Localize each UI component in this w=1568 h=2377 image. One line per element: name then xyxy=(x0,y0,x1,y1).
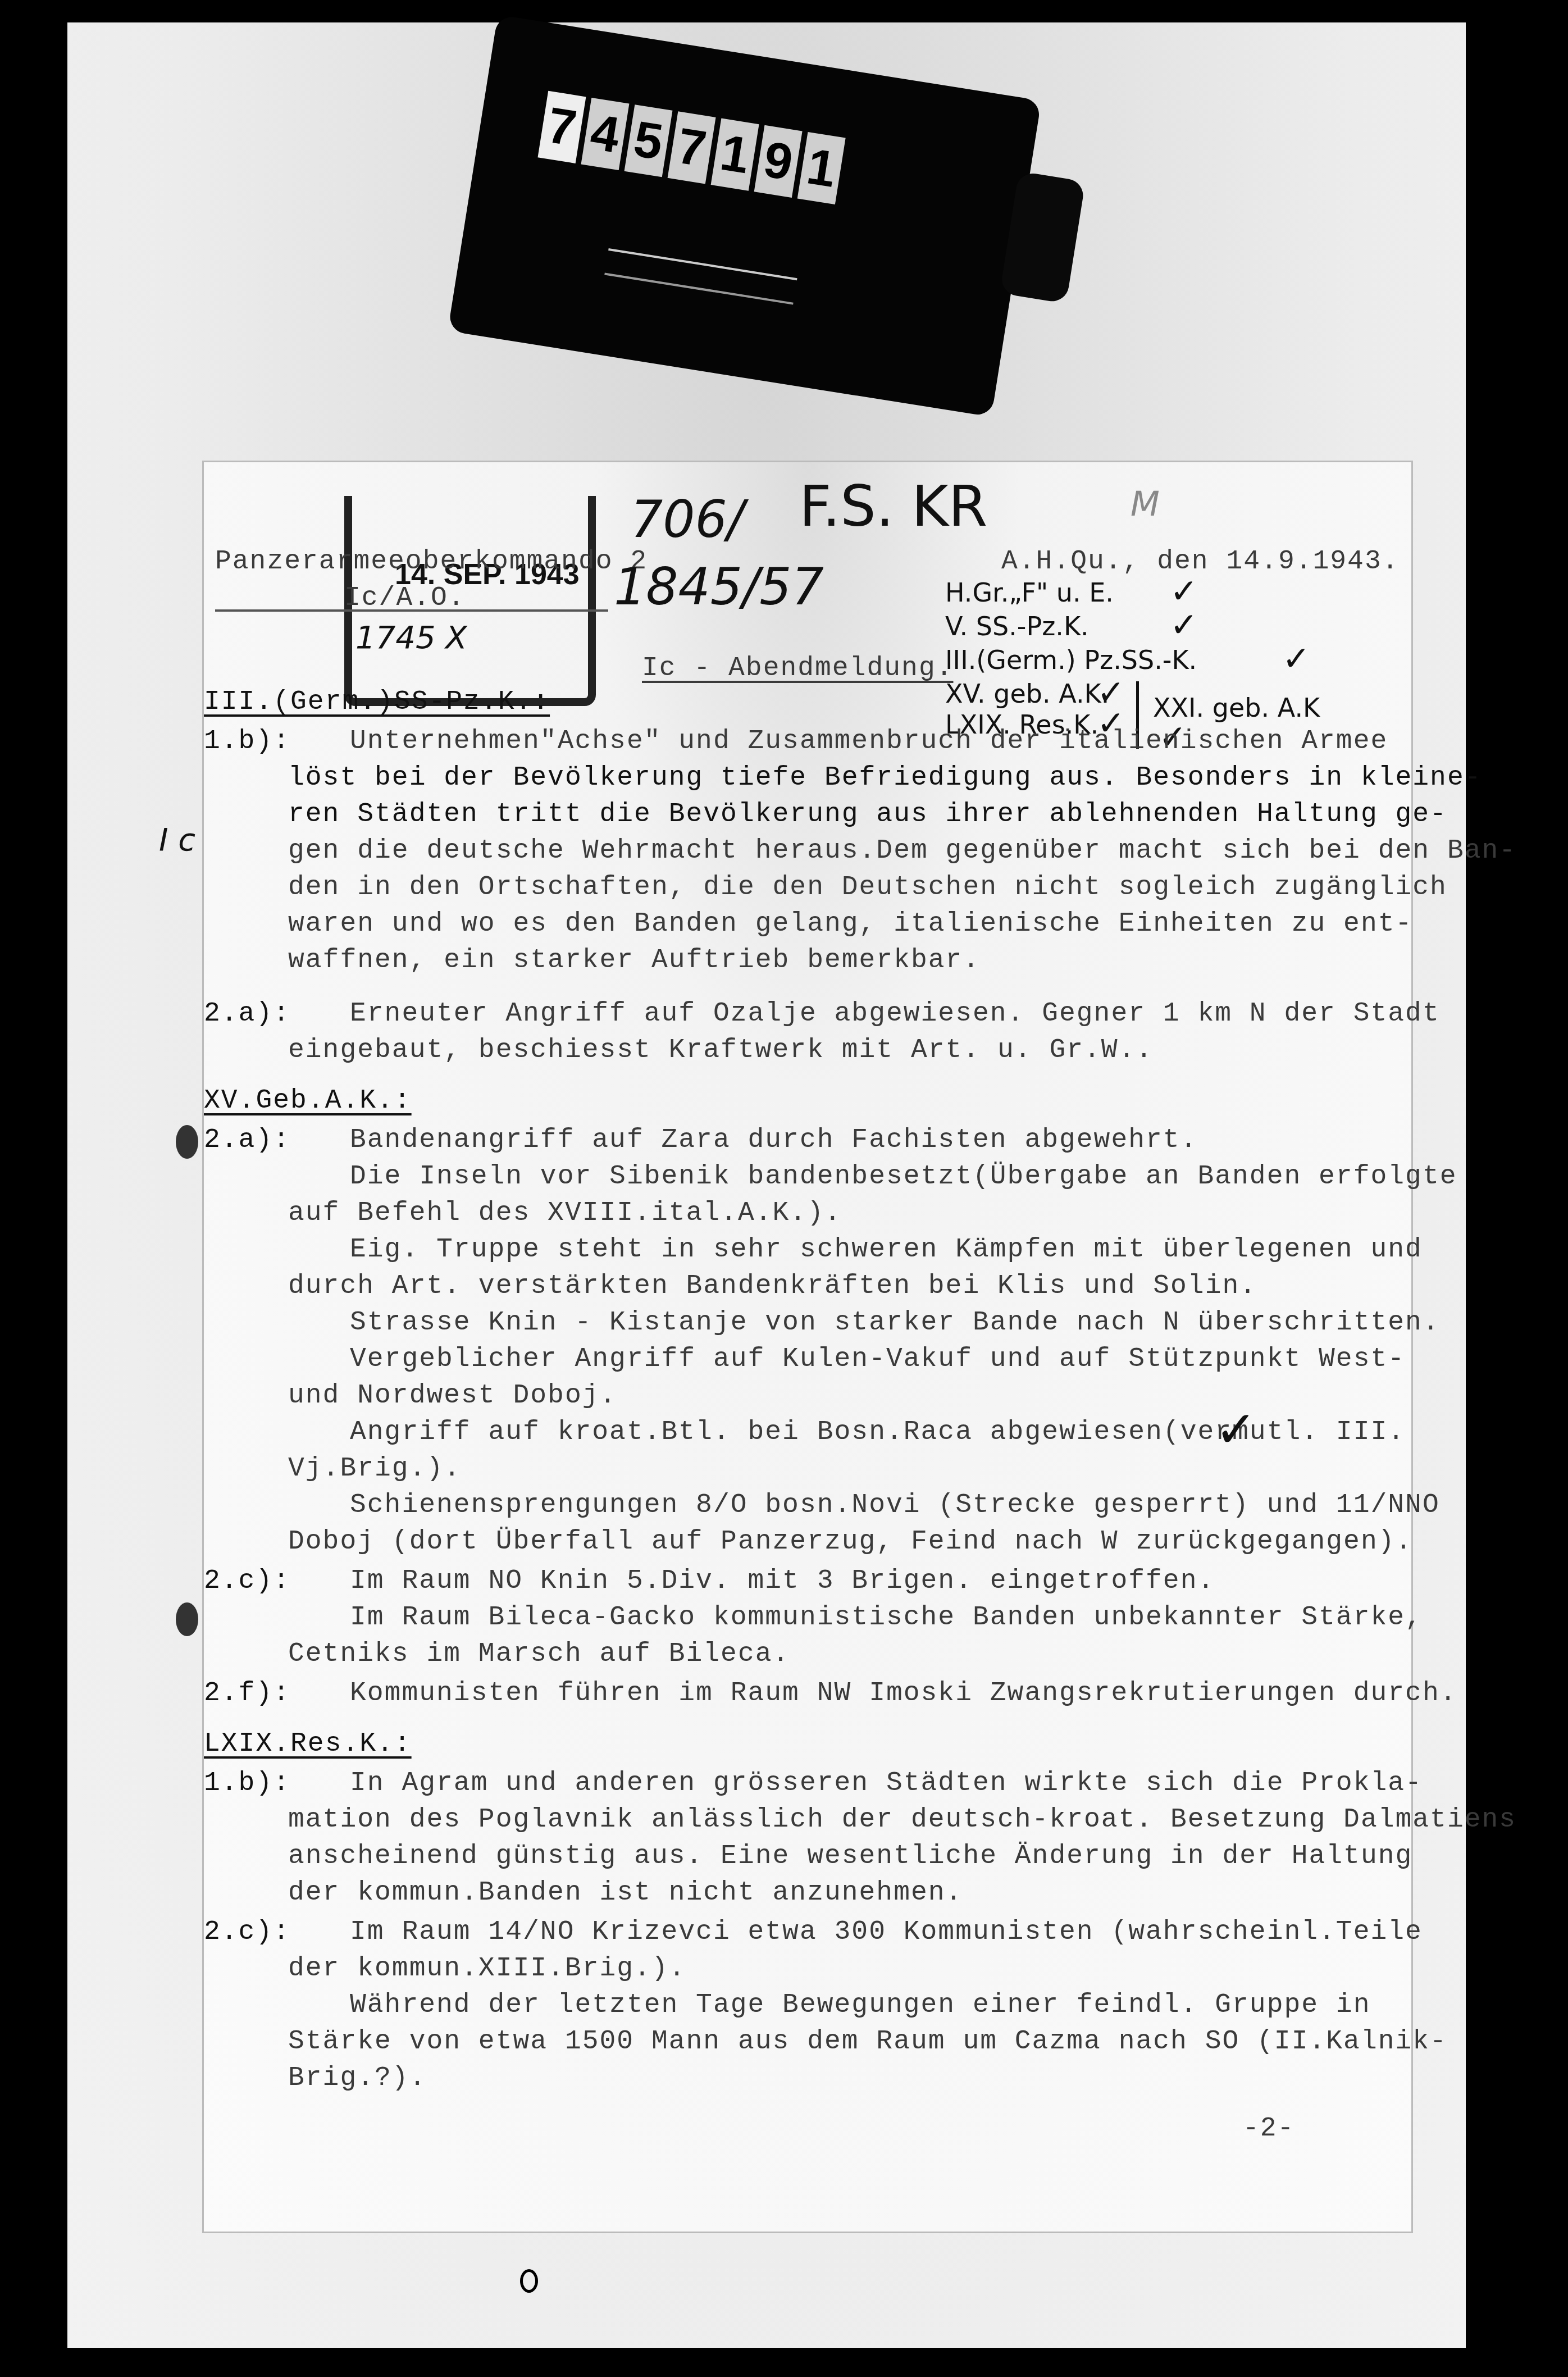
text-line: Stärke von etwa 1500 Mann aus dem Raum u… xyxy=(288,2027,1447,2057)
text-line: Im Raum NO Knin 5.Div. mit 3 Brigen. ein… xyxy=(350,1566,1215,1596)
registration-mark xyxy=(520,2269,538,2293)
distribution-item: III.(Germ.) Pz.SS.-K. xyxy=(945,645,1197,675)
punch-hole xyxy=(176,1602,198,1636)
check-icon: ✓ xyxy=(1282,639,1310,679)
sender-line-2: Ic/A.O. xyxy=(344,583,466,613)
distribution-item: V. SS.-Pz.K. xyxy=(945,611,1089,641)
text-line: In Agram und anderen grösseren Städten w… xyxy=(350,1768,1423,1798)
text-line: Vergeblicher Angriff auf Kulen-Vakuf und… xyxy=(350,1344,1405,1374)
text-line: Unternehmen"Achse" und Zusammenbruch der… xyxy=(350,726,1388,757)
counter-digit: 1 xyxy=(711,119,759,191)
text-line: Vj.Brig.). xyxy=(288,1454,461,1484)
section-heading: III.(Germ.)SS-Pz.K.: xyxy=(204,687,550,717)
check-icon: ✓ xyxy=(1170,605,1198,645)
section-heading: XV.Geb.A.K.: xyxy=(204,1086,412,1116)
text-line: mation des Poglavnik anlässlich der deut… xyxy=(288,1805,1516,1835)
text-line: Erneuter Angriff auf Ozalje abgewiesen. … xyxy=(350,999,1440,1029)
text-line: löst bei der Bevölkerung tiefe Befriedig… xyxy=(288,763,1482,793)
text-line: der kommun.XIII.Brig.). xyxy=(288,1953,686,1984)
item-label: 2.c): xyxy=(204,1566,290,1596)
counter-digit: 7 xyxy=(668,111,716,184)
text-line: Schienensprengungen 8/O bosn.Novi (Strec… xyxy=(350,1490,1440,1520)
sender-underline xyxy=(215,609,608,612)
text-line: Im Raum Bileca-Gacko kommunistische Band… xyxy=(350,1602,1423,1633)
text-line: Brig.?). xyxy=(288,2063,426,2093)
text-line: Kommunisten führen im Raum NW Imoski Zwa… xyxy=(350,1678,1457,1709)
text-line: Während der letzten Tage Bewegungen eine… xyxy=(350,1990,1370,2020)
text-line: auf Befehl des XVIII.ital.A.K.). xyxy=(288,1198,842,1228)
section-heading: LXIX.Res.K.: xyxy=(204,1729,412,1759)
item-label: 2.c): xyxy=(204,1917,290,1947)
text-line: gen die deutsche Wehrmacht heraus.Dem ge… xyxy=(288,836,1516,866)
place-date: A.H.Qu., den 14.9.1943. xyxy=(1001,547,1400,577)
item-label: 2.f): xyxy=(204,1678,290,1709)
distribution-item: H.Gr.„F" u. E. xyxy=(945,577,1114,608)
distribution-item: XV. geb. A.K. xyxy=(945,679,1109,709)
text-line: Die Inseln vor Sibenik bandenbesetzt(Übe… xyxy=(350,1162,1457,1192)
text-line: Bandenangriff auf Zara durch Fachisten a… xyxy=(350,1125,1197,1155)
handwritten-ref-bottom: 1845/57 xyxy=(614,558,824,617)
text-line: Im Raum 14/NO Krizevci etwa 300 Kommunis… xyxy=(350,1917,1423,1947)
counter-digit: 5 xyxy=(625,104,673,177)
text-line: der kommun.Banden ist nicht anzunehmen. xyxy=(288,1878,963,1908)
text-line: durch Art. verstärkten Bandenkräften bei… xyxy=(288,1271,1257,1301)
text-line: Doboj (dort Überfall auf Panzerzug, Fein… xyxy=(288,1527,1412,1557)
item-label: 2.a): xyxy=(204,1125,290,1155)
stamp-entry-handwritten: 1745 X xyxy=(355,620,467,656)
handwritten-mark: M xyxy=(1131,485,1160,524)
counter-digit: 4 xyxy=(581,98,630,170)
sender-line-1: Panzerarmeeoberkommando 2 xyxy=(215,547,648,577)
page-marker: -2- xyxy=(1243,2114,1294,2144)
counter-digit: 9 xyxy=(754,125,803,198)
document-title: Ic - Abendmeldung. xyxy=(642,653,953,684)
text-line: Strasse Knin - Kistanje von starker Band… xyxy=(350,1308,1440,1338)
item-label: 1.b): xyxy=(204,1768,290,1798)
check-icon: ✓ xyxy=(1215,1400,1257,1459)
text-line: waffnen, ein starker Auftrieb bemerkbar. xyxy=(288,945,980,976)
text-line: eingebaut, beschiesst Kraftwerk mit Art.… xyxy=(288,1035,1153,1065)
item-label: 2.a): xyxy=(204,999,290,1029)
text-line: waren und wo es den Banden gelang, itali… xyxy=(288,909,1412,939)
text-line: anscheinend günstig aus. Eine wesentlich… xyxy=(288,1841,1412,1871)
text-line: ren Städten tritt die Bevölkerung aus ih… xyxy=(288,799,1447,830)
text-line: und Nordwest Doboj. xyxy=(288,1381,617,1411)
text-line: den in den Ortschaften, die den Deutsche… xyxy=(288,872,1447,903)
margin-note: I c xyxy=(159,822,195,858)
document-page: 14. SEP. 1943 1745 X Panzerarmeeoberkomm… xyxy=(202,461,1413,2233)
handwritten-ref-top: 706/ xyxy=(631,490,744,549)
handwritten-fs-kr: F.S. KR xyxy=(799,473,987,539)
item-label: 1.b): xyxy=(204,726,290,757)
punch-hole xyxy=(176,1125,198,1159)
text-line: Cetniks im Marsch auf Bileca. xyxy=(288,1639,790,1669)
text-line: Eig. Truppe steht in sehr schweren Kämpf… xyxy=(350,1235,1423,1265)
